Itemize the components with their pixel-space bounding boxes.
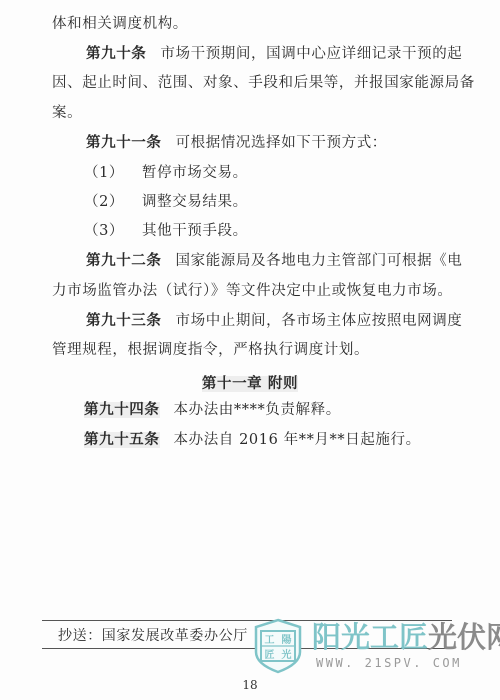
list-item-number: （2） (84, 192, 142, 212)
line-text: 力市场监管办法（试行）》等文件决定中止或恢复电力市场。 (52, 283, 452, 299)
paragraph-line: 案。 (52, 103, 82, 123)
cc-line: 抄送：国家发展改革委办公厅 (58, 625, 248, 645)
shield-char: 匠 (265, 648, 275, 661)
line-text: 体和相关调度机构。 (52, 16, 188, 32)
article-label: 第九十五条 (84, 432, 160, 448)
article-95: 第九十五条本办法自 2016 年**月**日起施行。 (84, 430, 421, 450)
article-label: 第九十二条 (86, 253, 162, 269)
line-text: 市场干预期间，国调中心应详细记录干预的起 (160, 46, 462, 62)
list-item: （1）暂停市场交易。 (84, 163, 248, 183)
list-item-text: 暂停市场交易。 (142, 165, 248, 181)
page-number: 18 (0, 678, 500, 692)
list-item-number: （1） (84, 163, 142, 183)
article-90: 第九十条市场干预期间，国调中心应详细记录干预的起 (86, 44, 462, 64)
line-text: 国家能源局及各地电力主管部门可根据《电 (176, 253, 463, 269)
chapter-title: 第十一章 附则 (202, 376, 298, 392)
shield-char: 工 (265, 634, 275, 646)
article-label: 第九十一条 (86, 135, 162, 151)
line-text: 本办法由****负责解释。 (174, 402, 341, 418)
paragraph-line: 管理规程，根据调度指令，严格执行调度计划。 (52, 340, 369, 360)
document-page: 体和相关调度机构。 第九十条市场干预期间，国调中心应详细记录干预的起 因、起止时… (0, 0, 500, 700)
watermark: 工 陽 匠 光 阳光工匠光伏网 WWW. 21SPV. COM (250, 618, 500, 678)
paragraph-line: 因、起止时间、范围、对象、手段和后果等，并报国家能源局备 (52, 73, 475, 93)
article-92: 第九十二条国家能源局及各地电力主管部门可根据《电 (86, 251, 462, 271)
article-94: 第九十四条本办法由****负责解释。 (84, 400, 341, 420)
line-text: 市场中止期间，各市场主体应按照电网调度 (176, 313, 463, 329)
article-93: 第九十三条市场中止期间，各市场主体应按照电网调度 (86, 311, 462, 331)
line-text: 因、起止时间、范围、对象、手段和后果等，并报国家能源局备 (52, 75, 475, 91)
line-text: 可根据情况选择如下干预方式： (176, 135, 387, 151)
article-label: 第九十条 (86, 46, 146, 62)
line-text: 案。 (52, 105, 82, 121)
article-label: 第九十四条 (84, 402, 160, 418)
list-item-text: 调整交易结果。 (142, 194, 248, 210)
list-item-text: 其他干预手段。 (142, 223, 248, 239)
shield-logo-icon: 工 陽 匠 光 (250, 618, 306, 674)
article-label: 第九十三条 (86, 313, 162, 329)
watermark-title-teal: 阳光工匠 (312, 620, 428, 654)
line-text: 本办法自 2016 年**月**日起施行。 (174, 432, 421, 448)
shield-char: 光 (282, 648, 292, 661)
list-item: （2）调整交易结果。 (84, 192, 248, 212)
paragraph-line: 力市场监管办法（试行）》等文件决定中止或恢复电力市场。 (52, 281, 452, 301)
chapter-heading: 第十一章 附则 (0, 372, 500, 393)
line-text: 管理规程，根据调度指令，严格执行调度计划。 (52, 342, 369, 358)
watermark-title-gray: 光伏网 (428, 620, 500, 654)
watermark-url: WWW. 21SPV. COM (316, 656, 462, 670)
list-item-number: （3） (84, 221, 142, 241)
shield-char: 陽 (282, 633, 292, 646)
article-91: 第九十一条可根据情况选择如下干预方式： (86, 133, 387, 153)
watermark-title: 阳光工匠光伏网 (312, 620, 500, 654)
paragraph-line: 体和相关调度机构。 (52, 14, 188, 34)
list-item: （3）其他干预手段。 (84, 221, 248, 241)
